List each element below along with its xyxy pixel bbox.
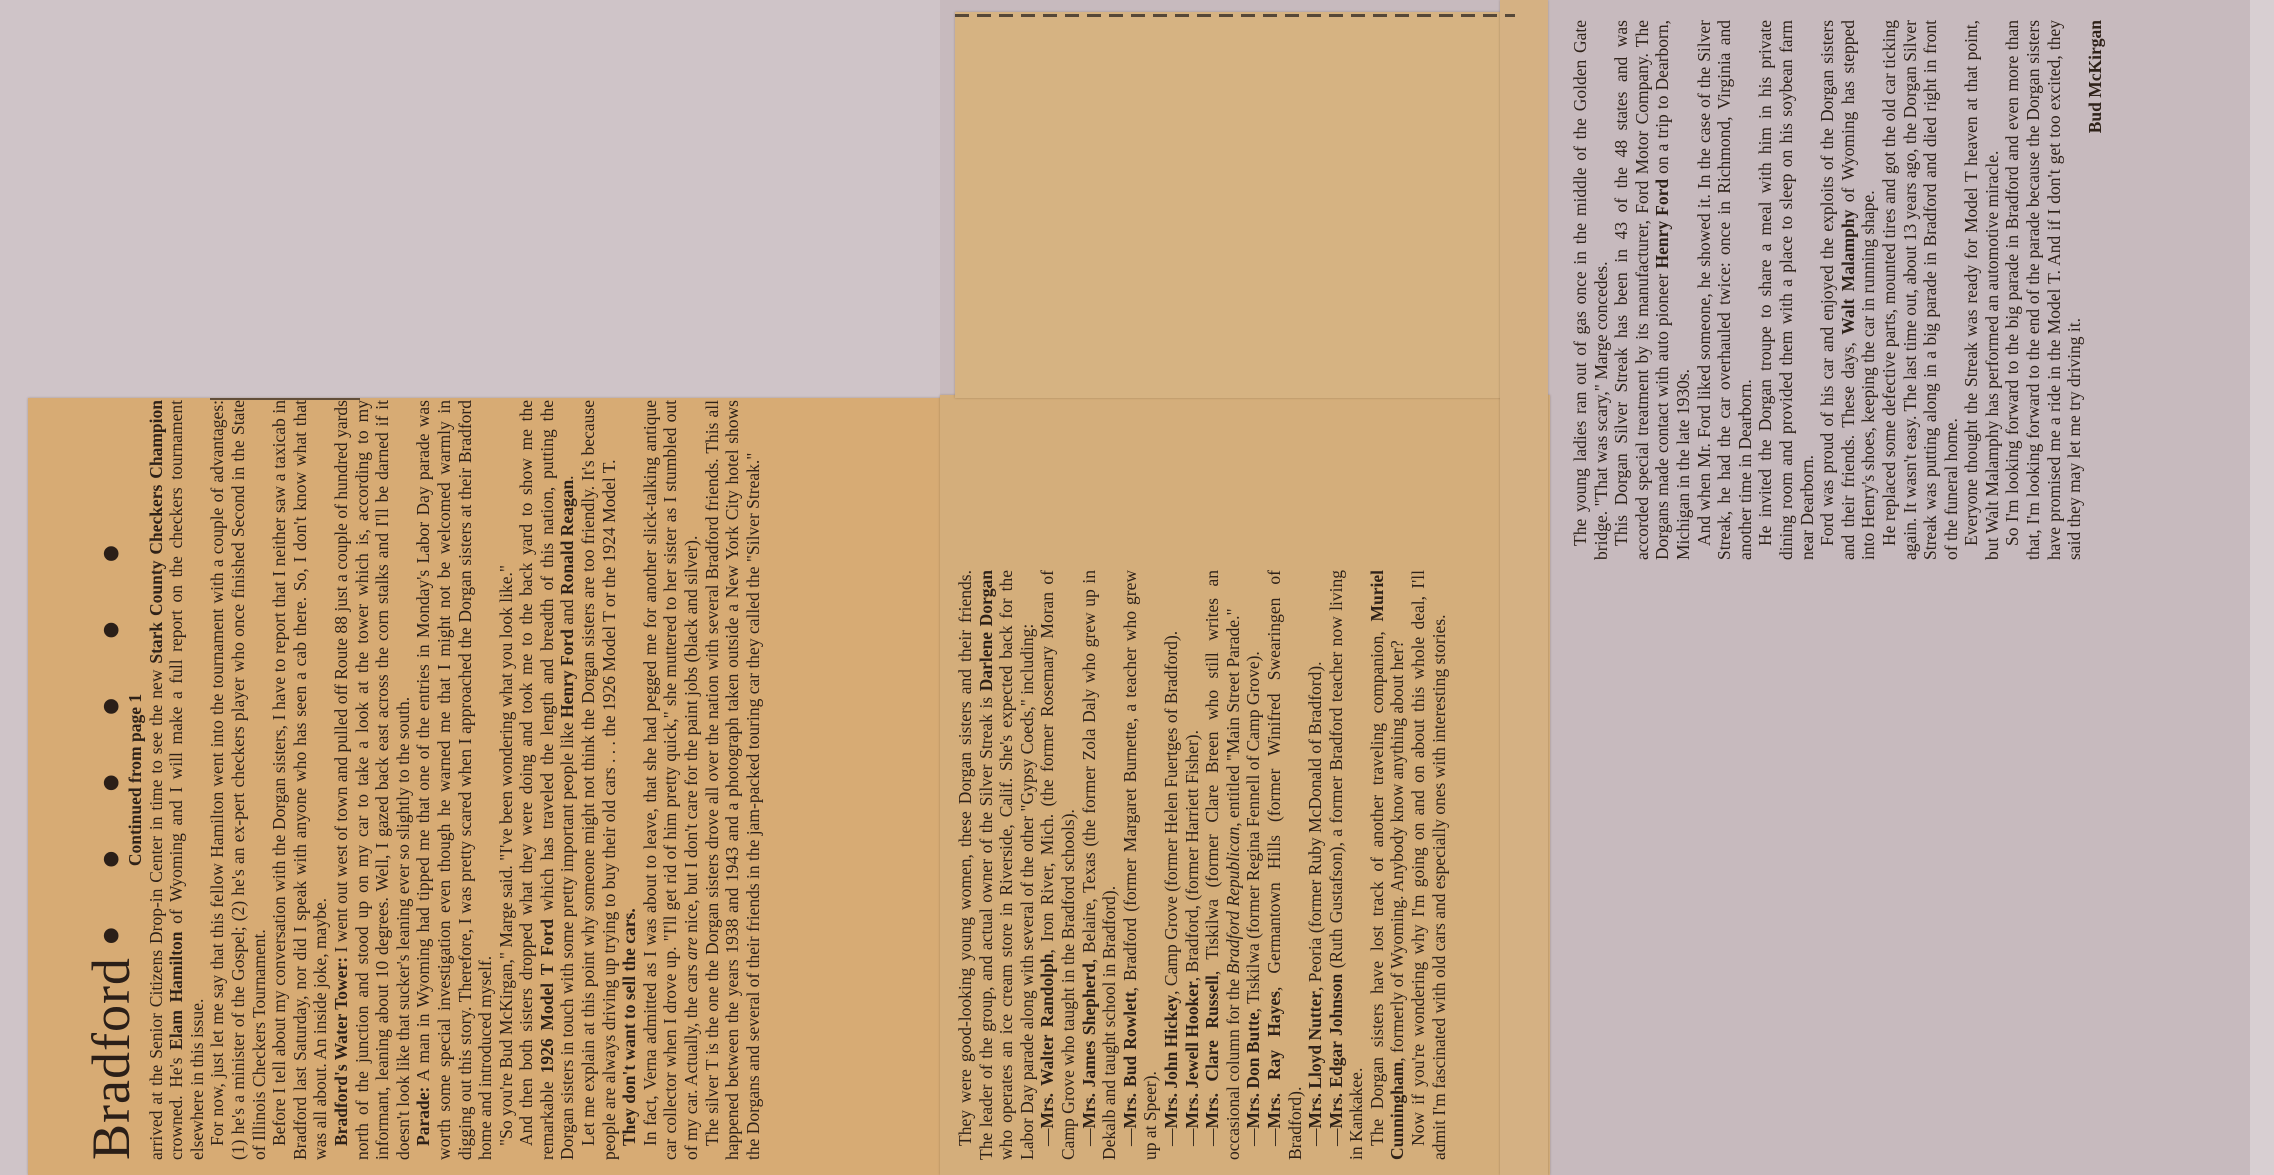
- article-paragraph: Everyone thought the Streak was ready fo…: [1961, 20, 2002, 560]
- article-paragraph: —Mrs. Ray Hayes, Germantown Hills (forme…: [1264, 570, 1305, 1160]
- article-paragraph: He invited the Dorgan troupe to share a …: [1755, 20, 1817, 560]
- article-paragraph: —Mrs. Don Butte, Tiskilwa (former Regina…: [1243, 570, 1264, 1160]
- background-edge: [2250, 0, 2274, 1175]
- dashed-cut-line: [955, 14, 1515, 17]
- article-paragraph: arrived at the Senior Citizens Drop-in C…: [146, 400, 208, 1160]
- article-paragraph: They were good-looking young women, thes…: [955, 570, 1037, 1160]
- article-paragraph: For now, just let me say that this fello…: [207, 400, 269, 1160]
- article-paragraph: —Mrs. Lloyd Nutter, Peoria (former Ruby …: [1305, 570, 1326, 1160]
- article-body-part-1b: They were good-looking young women, thes…: [955, 570, 1449, 1160]
- article-paragraph: —Mrs. Bud Rowlett, Bradford (former Marg…: [1120, 570, 1161, 1160]
- article-paragraph: So I'm looking forward to the big parade…: [2002, 20, 2084, 560]
- clipping-edge: [1500, 0, 1548, 1175]
- article-paragraph: —Mrs. John Hickey, Camp Grove (former He…: [1161, 570, 1182, 1160]
- article-paragraph: —Mrs. Clare Russell, Tiskilwa (former Cl…: [1202, 570, 1243, 1160]
- author-byline: Bud McKirgan: [2085, 20, 2106, 560]
- article-paragraph: He replaced some defective parts, mounte…: [1879, 20, 1961, 560]
- article-paragraph: They don't want to sell the cars.: [619, 400, 640, 1160]
- article-paragraph: And then both sisters dropped what they …: [516, 400, 578, 1160]
- article-paragraph: The Dorgan sisters have lost track of an…: [1367, 570, 1408, 1160]
- article-paragraph: The silver T is the one the Dorgan siste…: [702, 400, 764, 1160]
- article-paragraph: Now if you're wondering why I'm going on…: [1408, 570, 1449, 1160]
- article-paragraph: This Dorgan Silver Streak has been in 43…: [1611, 20, 1693, 560]
- article-paragraph: —Mrs. Walter Randolph, Iron River, Mich.…: [1037, 570, 1078, 1160]
- article-paragraph: Bradford's Water Tower: I went out west …: [331, 400, 413, 1160]
- article-paragraph: Ford was proud of his car and enjoyed th…: [1817, 20, 1879, 560]
- article-paragraph: —Mrs. James Shepherd, Belaire, Texas (th…: [1079, 570, 1120, 1160]
- clipping-top: [955, 12, 1545, 398]
- article-body-part-1: Continued from page 1arrived at the Seni…: [125, 400, 763, 1160]
- article-paragraph: —Mrs. Edgar Johnson (Ruth Gustafson), a …: [1326, 570, 1367, 1160]
- continued-from-label: Continued from page 1: [125, 400, 146, 1160]
- article-paragraph: Let me explain at this point why someone…: [578, 400, 619, 1160]
- article-paragraph: And when Mr. Ford liked someone, he show…: [1694, 20, 1756, 560]
- article-paragraph: Parade: A man in Wyoming had tipped me t…: [413, 400, 495, 1160]
- article-paragraph: "So you're Bud McKirgan," Marge said. "I…: [496, 400, 517, 1160]
- article-paragraph: Before I tell about my conversation with…: [269, 400, 331, 1160]
- article-body-part-2: The young ladies ran out of gas once in …: [1570, 20, 2105, 560]
- article-paragraph: The young ladies ran out of gas once in …: [1570, 20, 1611, 560]
- article-paragraph: In fact, Verna admitted as I was about t…: [640, 400, 702, 1160]
- article-paragraph: —Mrs. Jewell Hooker, Bradford, (former H…: [1182, 570, 1203, 1160]
